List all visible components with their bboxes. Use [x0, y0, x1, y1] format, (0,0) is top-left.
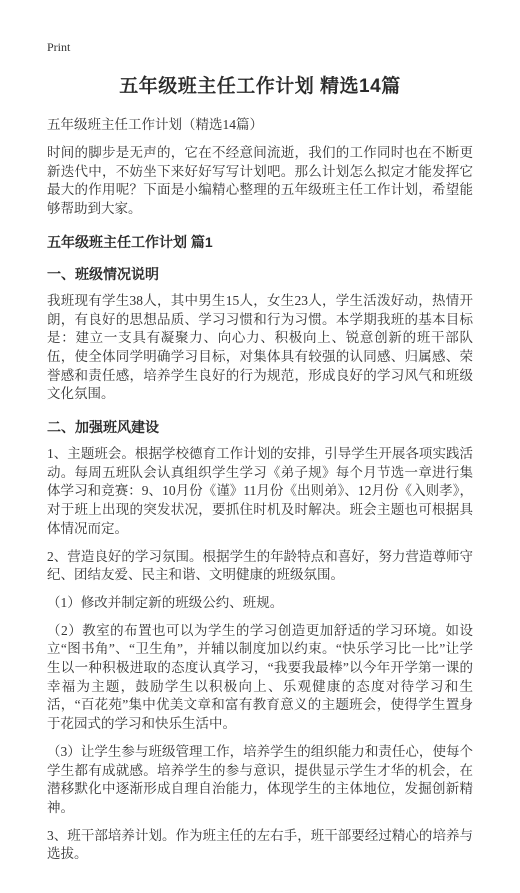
section-2-paragraph-4: （2）教室的布置也可以为学生的学习创造更加舒适的学习环境。如设立“图书角”、“卫… — [47, 622, 473, 734]
section-2-paragraph-1: 1、主题班会。根据学校德育工作计划的安排，引导学生开展各项实践活动。每周五班队会… — [47, 445, 473, 539]
section-2-paragraph-5: （3）让学生参与班级管理工作，培养学生的组织能力和责任心，使每个学生都有成就感。… — [47, 743, 473, 818]
section-2-paragraph-6: 3、班干部培养计划。作为班主任的左右手，班干部要经过精心的培养与选拔。 — [47, 827, 473, 864]
section-2-paragraph-2: 2、营造良好的学习氛围。根据学生的年龄特点和喜好，努力营造尊师守纪、团结友爱、民… — [47, 548, 473, 585]
section-1-heading: 一、班级情况说明 — [47, 266, 473, 283]
article-1-heading: 五年级班主任工作计划 篇1 — [47, 234, 473, 251]
section-2-heading: 二、加强班风建设 — [47, 419, 473, 436]
document-page: Print 五年级班主任工作计划 精选14篇 五年级班主任工作计划（精选14篇）… — [0, 0, 520, 893]
print-link[interactable]: Print — [47, 40, 70, 54]
intro-paragraph: 时间的脚步是无声的，它在不经意间流逝，我们的工作同时也在不断更新迭代中，不妨坐下… — [47, 144, 473, 219]
section-2-paragraph-3: （1）修改并制定新的班级公约、班规。 — [47, 594, 473, 613]
page-title: 五年级班主任工作计划 精选14篇 — [47, 74, 473, 100]
section-1-paragraph: 我班现有学生38人，其中男生15人，女生23人，学生活泼好动，热情开朗，有良好的… — [47, 292, 473, 404]
document-subtitle: 五年级班主任工作计划（精选14篇） — [47, 116, 473, 134]
